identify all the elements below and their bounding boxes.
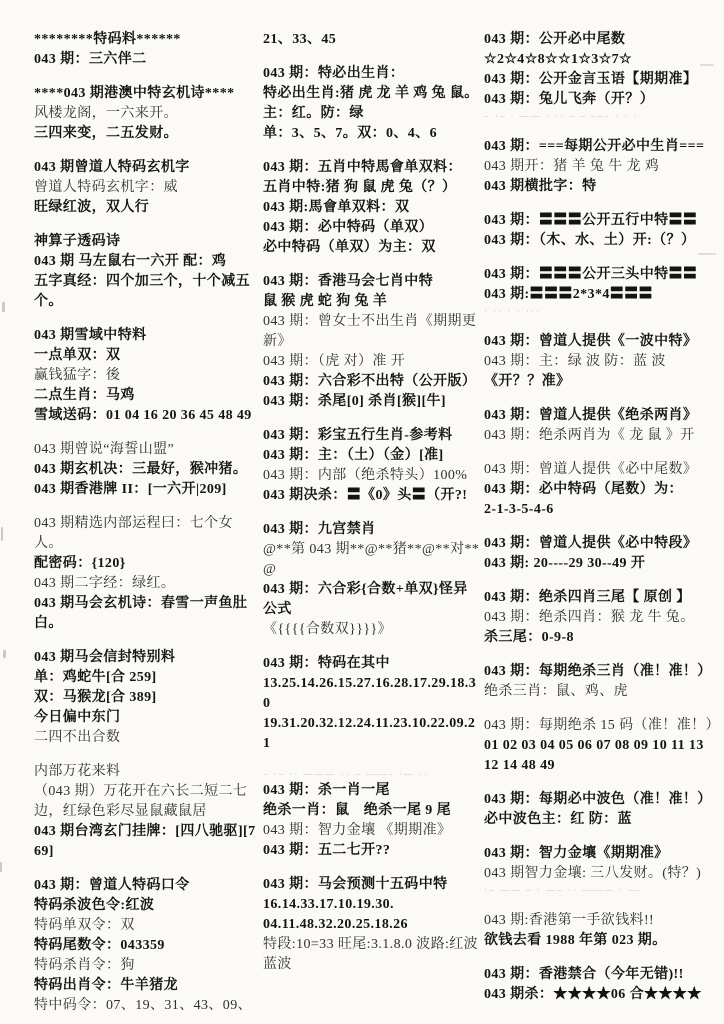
- text-block: – ·– ·· ——— ·· – ——– ·— ··043 期：杀一肖一尾绝杀一…: [263, 768, 482, 861]
- text-line: 043 期：特码在其中: [263, 654, 482, 674]
- scan-artifact-line: – ·– ·· ——— ·· – ——– ·— ··: [263, 768, 482, 781]
- text-line: 二点生肖：马鸡: [34, 386, 260, 406]
- text-line: 043 期：曾道人提供《必中尾数》: [484, 460, 722, 480]
- text-line: 特必出生肖:猪 虎 龙 羊 鸡 兔 鼠。: [263, 84, 482, 104]
- text-line: 043 期：杀尾[0] 杀肖[猴][牛]: [263, 392, 482, 412]
- text-line: 043 期：（虎 对）准 开: [263, 352, 482, 372]
- text-line: 043 期：香港禁合（今年无错)!!: [484, 965, 722, 985]
- text-line: 043 期香港牌 II：[一六开|209]: [34, 480, 260, 500]
- text-line: 特中码令：07、19、31、43、09、: [34, 996, 260, 1016]
- scan-artifact-line: ·– —— – · —– ·· ——— · ––: [484, 884, 722, 897]
- text-block: 043 期：曾道人提供《绝杀两肖》043 期：绝杀两肖为《 龙 鼠 》开: [484, 406, 722, 446]
- text-line: 043 期曾道人特码玄机字: [34, 158, 260, 178]
- text-block: 043 期：彩宝五行生肖-参考料043 期：主：（土）（金）[准]043 期：内…: [263, 426, 482, 506]
- text-line: 043 期：〓〓〓公开三头中特〓〓: [484, 265, 722, 285]
- text-block: ********特码料******043 期：三六伴二: [34, 30, 260, 70]
- text-block: 043 期：曾道人提供《必中尾数》043 期：必中特码（尾数）为：2-1-3-5…: [484, 460, 722, 520]
- text-line: 043 期决杀：〓《0》头〓（开?!: [263, 486, 482, 506]
- text-line: 043 期雪域中特料: [34, 326, 260, 346]
- text-line: ********特码料******: [34, 30, 260, 50]
- text-block: 043 期：===每期公开必中生肖===043 期开：猪 羊 兔 牛 龙 鸡04…: [484, 137, 722, 197]
- text-block: 043 期：香港禁合（今年无错)!!043 期杀：★★★★06 合★★★★: [484, 965, 722, 1005]
- text-line: 043 期二字经：绿红。: [34, 574, 260, 594]
- text-line: ☆2☆4☆8☆☆1☆3☆7☆: [484, 50, 722, 70]
- text-line: 曾道人特码玄机字：威: [34, 178, 260, 198]
- text-block: 神算子透码诗043 期 马左鼠右一六开 配：鸡五字真经：四个加三个，十个减五个。: [34, 232, 260, 312]
- text-line: 风楼龙阁，一六来开。: [34, 104, 260, 124]
- text-line: 043 期马会信封特别料: [34, 648, 260, 668]
- text-line: 043 期:香港第一手欲钱料!!: [484, 911, 722, 931]
- text-line: 旺绿红波，双人行: [34, 198, 260, 218]
- scan-artifact-line: · ·· · · ···: [484, 305, 722, 318]
- text-line: 神算子透码诗: [34, 232, 260, 252]
- text-block: 内部万花来料（043 期）万花开在六长二短二七边，红绿色彩尽显鼠藏鼠居043 期…: [34, 762, 260, 862]
- text-line: 单：3、5、7。双：0、4、6: [263, 124, 482, 144]
- scan-artifact: [0, 862, 2, 872]
- text-line: 043 期曾说“海誓山盟”: [34, 440, 260, 460]
- text-line: 《{{{{合数双}}}}》: [263, 620, 482, 640]
- text-line: 绝杀一肖：鼠 绝杀一尾 9 尾: [263, 801, 482, 821]
- text-line: 043 期：必中特码（单双）: [263, 218, 482, 238]
- text-line: 赢钱猛字：後: [34, 366, 260, 386]
- text-line: 043 期：六合彩不出特（公开版）: [263, 372, 482, 392]
- text-line: 043 期：每期绝杀 15 码（准！准！）: [484, 716, 722, 736]
- text-line: 043 期：曾道人提供《必中特段》: [484, 534, 722, 554]
- text-line: 双：马猴龙[合 389]: [34, 688, 260, 708]
- text-line: 必中波色主：红 防：蓝: [484, 810, 722, 830]
- text-line: 043 期：三六伴二: [34, 50, 260, 70]
- text-block: 043 期：香港马会七肖中特鼠 猴 虎 蛇 狗 兔 羊043 期：曾女士不出生肖…: [263, 272, 482, 412]
- column-right: 043 期：公开必中尾数☆2☆4☆8☆☆1☆3☆7☆043 期：公开金言玉语【期…: [484, 30, 722, 1019]
- text-block: 043 期：智力金壤《期期准》043 期智力金壤: 三八发财。(特？)·– ——…: [484, 844, 722, 897]
- text-line: 043 期：绝杀两肖为《 龙 鼠 》开: [484, 426, 722, 446]
- text-line: 043 期：五二七开??: [263, 841, 482, 861]
- text-line: 043 期：（木、水、土）开:（？）: [484, 231, 722, 251]
- text-line: 特段:10=33 旺尾:3.1.8.0 波路:红波蓝波: [263, 935, 482, 975]
- text-line: 043 期：杀一肖一尾: [263, 781, 482, 801]
- text-line: 043 期：主：（土）（金）[准]: [263, 446, 482, 466]
- text-line: 043 期：九宫禁肖: [263, 520, 482, 540]
- text-line: 043 期 马左鼠右一六开 配：鸡: [34, 252, 260, 272]
- text-line: 043 期：曾道人特码口令: [34, 876, 260, 896]
- text-line: 三四来变，二五发财。: [34, 124, 260, 144]
- text-line: 043 期：智力金壤 《期期准》: [263, 821, 482, 841]
- text-line: 一点单双：双: [34, 346, 260, 366]
- text-line: 043 期：马会预测十五码中特: [263, 875, 482, 895]
- text-line: 043 期智力金壤: 三八发财。(特？): [484, 864, 722, 884]
- text-block: 043 期：曾道人特码口令特码杀波色令:红波特码单双令：双特码尾数令：04335…: [34, 876, 260, 1016]
- text-line: 043 期：曾道人提供《一波中特》: [484, 332, 722, 352]
- text-line: ****043 期港澳中特玄机诗****: [34, 84, 260, 104]
- text-line: 043 期：曾女士不出生肖《期期更新》: [263, 312, 482, 352]
- text-line: 二四不出合数: [34, 728, 260, 748]
- text-block: 043 期曾道人特码玄机字曾道人特码玄机字：威旺绿红波，双人行: [34, 158, 260, 218]
- text-line: 043 期：六合彩{合数+单双}怪异公式: [263, 580, 482, 620]
- text-line: 043 期：五肖中特馬會单双料：: [263, 158, 482, 178]
- text-block: 043 期：马会预测十五码中特16.14.33.17.10.19.30.04.1…: [263, 875, 482, 975]
- text-block: 043 期：每期绝杀 15 码（准！准！）01 02 03 04 05 06 0…: [484, 716, 722, 776]
- text-block: 043 期：〓〓〓公开三头中特〓〓043 期:〓〓〓2*3*4〓〓〓· ·· ·…: [484, 265, 722, 318]
- text-block: 043 期:香港第一手欲钱料!!欲钱去看 1988 年第 023 期。: [484, 911, 722, 951]
- text-line: 043 期：彩宝五行生肖-参考料: [263, 426, 482, 446]
- text-line: （043 期）万花开在六长二短二七边，红绿色彩尽显鼠藏鼠居: [34, 782, 260, 822]
- text-line: 《开？？准》: [484, 372, 722, 392]
- text-line: 043 期玄机决：三最好，猴冲猪。: [34, 460, 260, 480]
- text-line: 043 期：智力金壤《期期准》: [484, 844, 722, 864]
- text-line: 必中特码（单双）为主：双: [263, 238, 482, 258]
- text-block: 043 期：每期绝杀三肖（准！准！）绝杀三肖：鼠、鸡、虎: [484, 662, 722, 702]
- text-block: 043 期：五肖中特馬會单双料：五肖中特:猪 狗 鼠 虎 兔（？）043 期:馬…: [263, 158, 482, 258]
- text-line: 12 14 48 49: [484, 756, 722, 776]
- text-block: 043 期曾说“海誓山盟”043 期玄机决：三最好，猴冲猪。043 期香港牌 I…: [34, 440, 260, 500]
- text-line: 043 期：必中特码（尾数）为：: [484, 480, 722, 500]
- text-line: 内部万花来料: [34, 762, 260, 782]
- text-block: 043 期：特必出生肖：特必出生肖:猪 虎 龙 羊 鸡 兔 鼠。主：红。防：绿单…: [263, 64, 482, 144]
- text-line: @**第 043 期**@**猪**@**对**@: [263, 540, 482, 580]
- text-line: 主：红。防：绿: [263, 104, 482, 124]
- text-line: 配密码：{120}: [34, 554, 260, 574]
- text-line: 19.31.20.32.12.24.11.23.10.22.09.21: [263, 714, 482, 754]
- text-line: 043 期：〓〓〓公开五行中特〓〓: [484, 211, 722, 231]
- text-line: 043 期：===每期公开必中生肖===: [484, 137, 722, 157]
- text-block: 043 期：公开必中尾数☆2☆4☆8☆☆1☆3☆7☆043 期：公开金言玉语【期…: [484, 30, 722, 123]
- text-line: 043 期:馬會单双料：双: [263, 198, 482, 218]
- scan-artifact: [1, 527, 3, 541]
- scan-artifact-line: – ·– · —— · ·· – – ––– · · ·: [484, 110, 722, 123]
- text-line: 欲钱去看 1988 年第 023 期。: [484, 931, 722, 951]
- text-block: 21、33、45: [263, 30, 482, 50]
- text-line: 043 期：香港马会七肖中特: [263, 272, 482, 292]
- text-line: 043 期：公开金言玉语【期期准】: [484, 70, 722, 90]
- text-line: 043 期: 20----29 30--49 开: [484, 554, 722, 574]
- text-line: 单：鸡蛇牛[合 259]: [34, 668, 260, 688]
- text-block: 043 期：绝杀四肖三尾【 原创 】043 期：绝杀四肖：猴 龙 牛 兔。杀三尾…: [484, 588, 722, 648]
- scan-artifact: [2, 302, 5, 312]
- text-line: 043 期：绝杀四肖：猴 龙 牛 兔。: [484, 608, 722, 628]
- text-line: 043 期马会玄机诗：春雪一声鱼肚白。: [34, 594, 260, 634]
- text-line: 043 期杀：★★★★06 合★★★★: [484, 985, 722, 1005]
- text-line: 043 期：每期必中波色（准！准！）: [484, 790, 722, 810]
- text-block: ****043 期港澳中特玄机诗****风楼龙阁，一六来开。三四来变，二五发财。: [34, 84, 260, 144]
- text-line: 043 期：曾道人提供《绝杀两肖》: [484, 406, 722, 426]
- text-line: 043 期：每期绝杀三肖（准！准！）: [484, 662, 722, 682]
- column-left: ********特码料******043 期：三六伴二****043 期港澳中特…: [34, 30, 260, 1024]
- text-line: 13.25.14.26.15.27.16.28.17.29.18.30: [263, 674, 482, 714]
- text-line: 特码出肖令：牛羊猪龙: [34, 976, 260, 996]
- text-block: 043 期马会信封特别料单：鸡蛇牛[合 259]双：马猴龙[合 389]今日偏中…: [34, 648, 260, 748]
- text-line: 043 期：主：绿 波 防：蓝 波: [484, 352, 722, 372]
- text-line: 01 02 03 04 05 06 07 08 09 10 11 13: [484, 736, 722, 756]
- text-line: 五肖中特:猪 狗 鼠 虎 兔（？）: [263, 178, 482, 198]
- text-block: 043 期精选内部运程曰：七个女人。配密码：{120}043 期二字经：绿红。0…: [34, 514, 260, 634]
- text-line: 043 期：绝杀四肖三尾【 原创 】: [484, 588, 722, 608]
- text-line: 043 期：兔儿飞奔（开？）: [484, 90, 722, 110]
- text-line: 043 期横批字：特: [484, 177, 722, 197]
- scan-artifact: [3, 650, 6, 658]
- text-line: 043 期:〓〓〓2*3*4〓〓〓: [484, 285, 722, 305]
- text-line: 绝杀三肖：鼠、鸡、虎: [484, 682, 722, 702]
- scan-page: ********特码料******043 期：三六伴二****043 期港澳中特…: [0, 0, 724, 1024]
- text-line: 特码杀肖令：狗: [34, 956, 260, 976]
- text-line: 鼠 猴 虎 蛇 狗 兔 羊: [263, 292, 482, 312]
- text-line: 雪域送码：01 04 16 20 36 45 48 49: [34, 406, 260, 426]
- text-line: 特码单双令：双: [34, 916, 260, 936]
- text-line: 043 期精选内部运程曰：七个女人。: [34, 514, 260, 554]
- text-line: 043 期：特必出生肖：: [263, 64, 482, 84]
- text-line: 五字真经：四个加三个，十个减五个。: [34, 272, 260, 312]
- scan-artifact: [698, 253, 716, 255]
- text-block: 043 期：曾道人提供《必中特段》043 期: 20----29 30--49 …: [484, 534, 722, 574]
- column-middle: 21、33、45043 期：特必出生肖：特必出生肖:猪 虎 龙 羊 鸡 兔 鼠。…: [263, 30, 482, 989]
- text-line: 043 期：内部（绝杀特头）100%: [263, 466, 482, 486]
- text-line: 特码尾数令：043359: [34, 936, 260, 956]
- text-line: 杀三尾：0-9-8: [484, 628, 722, 648]
- text-block: 043 期：九宫禁肖@**第 043 期**@**猪**@**对**@043 期…: [263, 520, 482, 640]
- text-block: 043 期雪域中特料一点单双：双赢钱猛字：後二点生肖：马鸡雪域送码：01 04 …: [34, 326, 260, 426]
- text-block: 043 期：〓〓〓公开五行中特〓〓043 期：（木、水、土）开:（？）: [484, 211, 722, 251]
- text-line: 今日偏中东门: [34, 708, 260, 728]
- text-line: 04.11.48.32.20.25.18.26: [263, 915, 482, 935]
- text-line: 043 期开：猪 羊 兔 牛 龙 鸡: [484, 157, 722, 177]
- scan-artifact: [700, 64, 714, 66]
- text-line: 特码杀波色令:红波: [34, 896, 260, 916]
- text-line: 21、33、45: [263, 30, 482, 50]
- text-block: 043 期：曾道人提供《一波中特》043 期：主：绿 波 防：蓝 波《开？？准》: [484, 332, 722, 392]
- text-block: 043 期：特码在其中13.25.14.26.15.27.16.28.17.29…: [263, 654, 482, 754]
- text-line: 2-1-3-5-4-6: [484, 500, 722, 520]
- text-line: 043 期台湾玄门挂牌：[四八驰驱][769]: [34, 822, 260, 862]
- text-line: 043 期：公开必中尾数: [484, 30, 722, 50]
- text-block: 043 期：每期必中波色（准！准！）必中波色主：红 防：蓝: [484, 790, 722, 830]
- text-line: 16.14.33.17.10.19.30.: [263, 895, 482, 915]
